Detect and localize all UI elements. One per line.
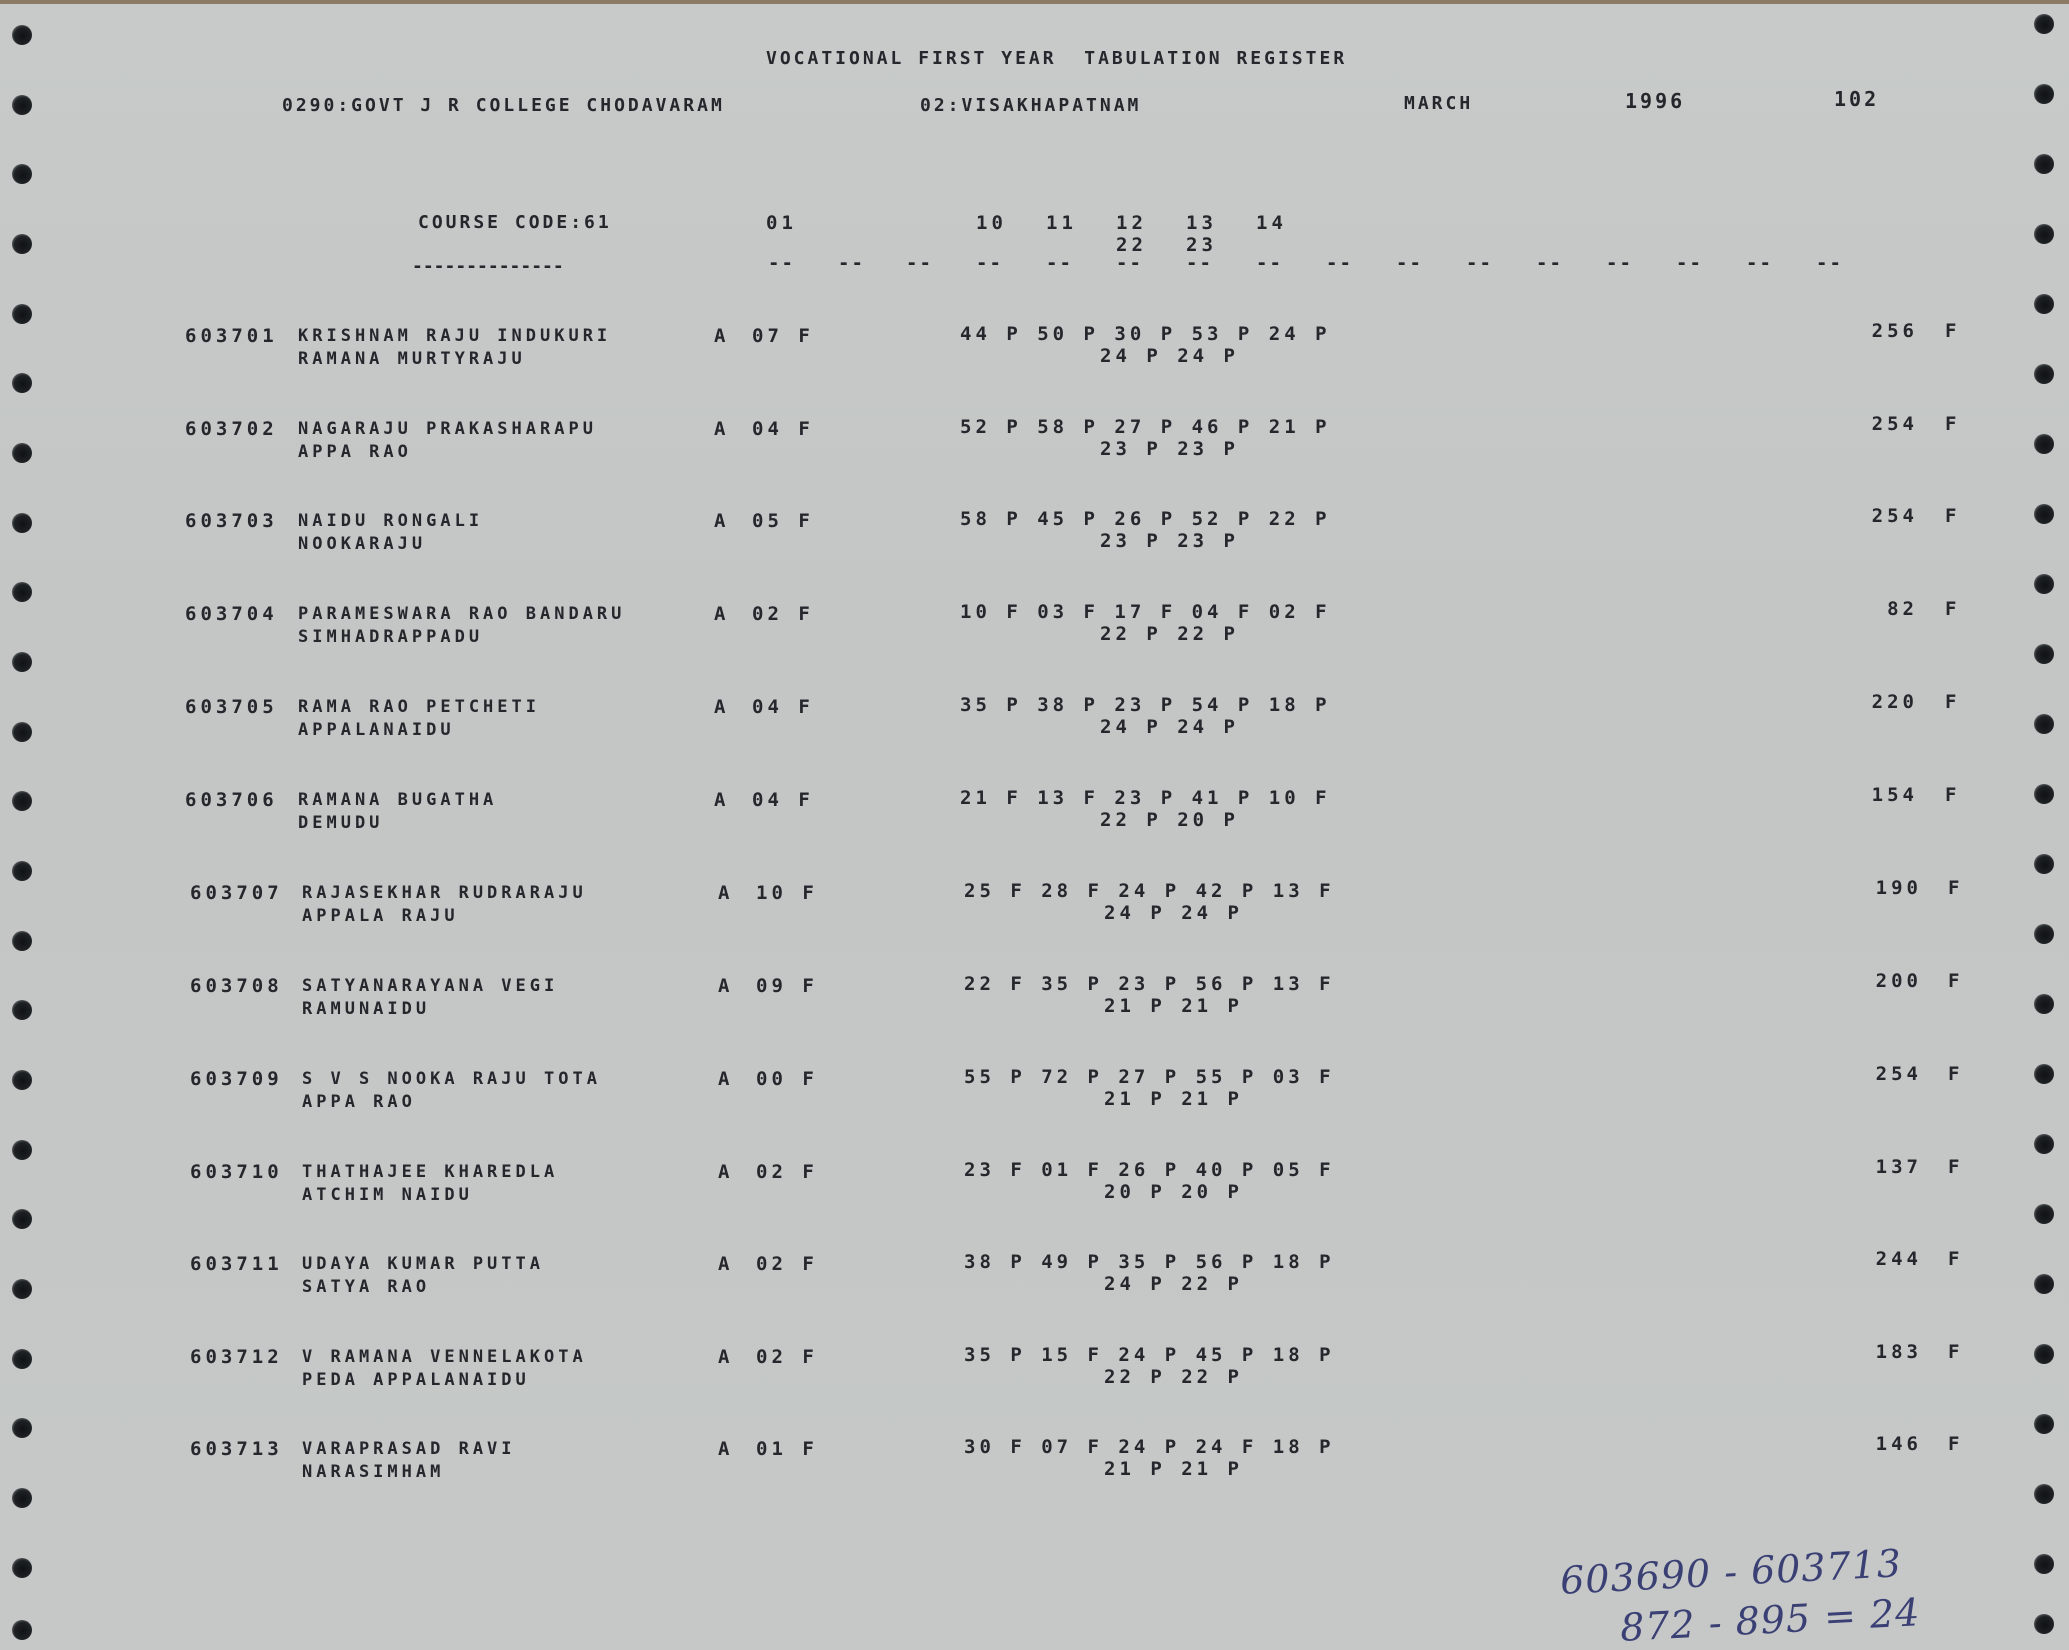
student-record: 603708 SATYANARAYANA VEGI RAMUNAIDU A 09… <box>0 975 2069 1035</box>
parent-name: NOOKARAJU <box>298 533 426 555</box>
attempt-flag: A <box>718 1253 733 1275</box>
student-name: PARAMESWARA RAO BANDARU <box>298 603 625 625</box>
subject-marks-line1: 52 P 58 P 27 P 46 P 21 P <box>960 416 1331 438</box>
feed-hole-icon <box>12 164 32 184</box>
result-status: F <box>1948 877 1963 899</box>
col-header-14: 14 <box>1256 212 1287 234</box>
subject-01-mark: 02 F <box>756 1346 818 1368</box>
roll-number: 603706 <box>185 789 278 811</box>
result-status: F <box>1945 784 1960 806</box>
subject-marks-line1: 35 P 15 F 24 P 45 P 18 P <box>964 1344 1335 1366</box>
subject-01-mark: 02 F <box>756 1161 818 1183</box>
roll-number: 603703 <box>185 510 278 532</box>
subject-01-mark: 09 F <box>756 975 818 997</box>
roll-number: 603701 <box>185 325 278 347</box>
feed-hole-icon <box>12 25 32 45</box>
student-name: NAIDU RONGALI <box>298 510 483 532</box>
subject-marks-line1: 10 F 03 F 17 F 04 F 02 F <box>960 601 1331 623</box>
result-status: F <box>1945 598 1960 620</box>
total-marks: 190 <box>1862 877 1922 899</box>
feed-hole-icon <box>12 304 32 324</box>
course-code-label: COURSE CODE:61 <box>418 212 612 234</box>
roll-number: 603702 <box>185 418 278 440</box>
roll-number: 603712 <box>190 1346 283 1368</box>
student-record: 603706 RAMANA BUGATHA DEMUDU A 04 F 21 F… <box>0 789 2069 849</box>
attempt-flag: A <box>718 1068 733 1090</box>
total-marks: 254 <box>1862 1063 1922 1085</box>
result-status: F <box>1948 1248 1963 1270</box>
attempt-flag: A <box>714 418 729 440</box>
total-marks: 183 <box>1862 1341 1922 1363</box>
result-status: F <box>1948 1156 1963 1178</box>
attempt-flag: A <box>714 325 729 347</box>
student-record: 603704 PARAMESWARA RAO BANDARU SIMHADRAP… <box>0 603 2069 663</box>
subject-marks-line1: 25 F 28 F 24 P 42 P 13 F <box>964 880 1335 902</box>
student-name: RAJASEKHAR RUDRARAJU <box>302 882 587 904</box>
district-name: 02:VISAKHAPATNAM <box>920 95 1141 117</box>
subject-marks-line2: 24 P 24 P <box>1100 716 1239 738</box>
feed-hole-icon <box>12 234 32 254</box>
parent-name: APPA RAO <box>298 441 412 463</box>
feed-hole-icon <box>2034 1414 2054 1434</box>
student-record: 603705 RAMA RAO PETCHETI APPALANAIDU A 0… <box>0 696 2069 756</box>
roll-number: 603713 <box>190 1438 283 1460</box>
register-title: VOCATIONAL FIRST YEAR TABULATION REGISTE… <box>766 48 1347 70</box>
subject-marks-line2: 22 P 22 P <box>1104 1366 1243 1388</box>
subject-01-mark: 04 F <box>752 696 814 718</box>
student-record: 603712 V RAMANA VENNELAKOTA PEDA APPALAN… <box>0 1346 2069 1406</box>
subject-marks-line2: 22 P 20 P <box>1100 809 1239 831</box>
attempt-flag: A <box>718 1346 733 1368</box>
subject-01-mark: 10 F <box>756 882 818 904</box>
student-name: SATYANARAYANA VEGI <box>302 975 558 997</box>
parent-name: PEDA APPALANAIDU <box>302 1369 530 1391</box>
subject-01-mark: 04 F <box>752 789 814 811</box>
total-marks: 82 <box>1858 598 1918 620</box>
roll-number: 603707 <box>190 882 283 904</box>
total-marks: 137 <box>1862 1156 1922 1178</box>
subject-marks-line1: 58 P 45 P 26 P 52 P 22 P <box>960 508 1331 530</box>
subject-marks-line1: 55 P 72 P 27 P 55 P 03 F <box>964 1066 1335 1088</box>
student-record: 603710 THATHAJEE KHAREDLA ATCHIM NAIDU A… <box>0 1161 2069 1221</box>
student-record: 603703 NAIDU RONGALI NOOKARAJU A 05 F 58… <box>0 510 2069 570</box>
result-status: F <box>1948 970 1963 992</box>
subject-01-mark: 00 F <box>756 1068 818 1090</box>
subject-01-mark: 02 F <box>752 603 814 625</box>
total-marks: 154 <box>1858 784 1918 806</box>
subject-01-mark: 05 F <box>752 510 814 532</box>
col-header-13: 13 <box>1186 212 1217 234</box>
student-name: V RAMANA VENNELAKOTA <box>302 1346 587 1368</box>
student-record: 603707 RAJASEKHAR RUDRARAJU APPALA RAJU … <box>0 882 2069 942</box>
student-record: 603702 NAGARAJU PRAKASHARAPU APPA RAO A … <box>0 418 2069 478</box>
roll-number: 603710 <box>190 1161 283 1183</box>
feed-hole-icon <box>2034 154 2054 174</box>
total-marks: 244 <box>1862 1248 1922 1270</box>
attempt-flag: A <box>718 975 733 997</box>
total-marks: 200 <box>1862 970 1922 992</box>
roll-number: 603711 <box>190 1253 283 1275</box>
subject-marks-line2: 21 P 21 P <box>1104 1458 1243 1480</box>
total-marks: 256 <box>1858 320 1918 342</box>
subject-marks-line1: 22 F 35 P 23 P 56 P 13 F <box>964 973 1335 995</box>
student-name: RAMANA BUGATHA <box>298 789 497 811</box>
student-name: NAGARAJU PRAKASHARAPU <box>298 418 597 440</box>
parent-name: APPA RAO <box>302 1091 416 1113</box>
roll-number: 603708 <box>190 975 283 997</box>
exam-month: MARCH <box>1404 93 1473 115</box>
feed-hole-icon <box>12 1140 32 1160</box>
attempt-flag: A <box>718 882 733 904</box>
student-name: RAMA RAO PETCHETI <box>298 696 540 718</box>
attempt-flag: A <box>714 603 729 625</box>
attempt-flag: A <box>718 1438 733 1460</box>
student-record: 603713 VARAPRASAD RAVI NARASIMHAM A 01 F… <box>0 1438 2069 1498</box>
attempt-flag: A <box>718 1161 733 1183</box>
subject-marks-line2: 22 P 22 P <box>1100 623 1239 645</box>
subject-marks-line1: 23 F 01 F 26 P 40 P 05 F <box>964 1159 1335 1181</box>
subject-marks-line2: 21 P 21 P <box>1104 1088 1243 1110</box>
subject-marks-line2: 23 P 23 P <box>1100 530 1239 552</box>
parent-name: RAMANA MURTYRAJU <box>298 348 526 370</box>
feed-hole-icon <box>2034 574 2054 594</box>
result-status: F <box>1945 413 1960 435</box>
subject-marks-line1: 38 P 49 P 35 P 56 P 18 P <box>964 1251 1335 1273</box>
subject-marks-line2: 21 P 21 P <box>1104 995 1243 1017</box>
feed-hole-icon <box>2034 14 2054 34</box>
total-marks: 254 <box>1858 505 1918 527</box>
subject-marks-line1: 44 P 50 P 30 P 53 P 24 P <box>960 323 1331 345</box>
student-name: VARAPRASAD RAVI <box>302 1438 516 1460</box>
college-name: 0290:GOVT J R COLLEGE CHODAVARAM <box>282 95 725 117</box>
subject-marks-line2: 24 P 24 P <box>1104 902 1243 924</box>
student-name: UDAYA KUMAR PUTTA <box>302 1253 544 1275</box>
roll-number: 603709 <box>190 1068 283 1090</box>
result-status: F <box>1945 505 1960 527</box>
attempt-flag: A <box>714 696 729 718</box>
parent-name: ATCHIM NAIDU <box>302 1184 473 1206</box>
total-marks: 146 <box>1862 1433 1922 1455</box>
feed-hole-icon <box>12 1558 32 1578</box>
parent-name: DEMUDU <box>298 812 383 834</box>
feed-hole-icon <box>2034 1554 2054 1574</box>
paper-top-edge <box>0 0 2069 4</box>
subject-01-mark: 02 F <box>756 1253 818 1275</box>
parent-name: NARASIMHAM <box>302 1461 444 1483</box>
col-header-10: 10 <box>976 212 1007 234</box>
subject-marks-line1: 30 F 07 F 24 P 24 F 18 P <box>964 1436 1335 1458</box>
subject-marks-line2: 20 P 20 P <box>1104 1181 1243 1203</box>
parent-name: SATYA RAO <box>302 1276 430 1298</box>
result-status: F <box>1948 1063 1963 1085</box>
col-header-01: 01 <box>766 212 797 234</box>
subject-marks-line1: 35 P 38 P 23 P 54 P 18 P <box>960 694 1331 716</box>
student-record: 603701 KRISHNAM RAJU INDUKURI RAMANA MUR… <box>0 325 2069 385</box>
parent-name: RAMUNAIDU <box>302 998 430 1020</box>
feed-hole-icon <box>2034 1134 2054 1154</box>
subject-marks-line2: 24 P 22 P <box>1104 1273 1243 1295</box>
feed-hole-icon <box>2034 854 2054 874</box>
page-number: 102 <box>1834 88 1879 110</box>
subject-01-mark: 04 F <box>752 418 814 440</box>
feed-hole-icon <box>12 582 32 602</box>
subject-01-mark: 07 F <box>752 325 814 347</box>
feed-hole-icon <box>12 861 32 881</box>
parent-name: SIMHADRAPPADU <box>298 626 483 648</box>
feed-hole-icon <box>12 1418 32 1438</box>
roll-number: 603705 <box>185 696 278 718</box>
student-name: S V S NOOKA RAJU TOTA <box>302 1068 601 1090</box>
student-name: KRISHNAM RAJU INDUKURI <box>298 325 611 347</box>
feed-hole-icon <box>12 1620 32 1640</box>
exam-year: 1996 <box>1625 90 1685 112</box>
feed-hole-icon <box>2034 294 2054 314</box>
col-header-11: 11 <box>1046 212 1077 234</box>
feed-hole-icon <box>2034 1614 2054 1634</box>
result-status: F <box>1948 1433 1963 1455</box>
roll-number: 603704 <box>185 603 278 625</box>
parent-name: APPALA RAJU <box>302 905 459 927</box>
subject-marks-line2: 23 P 23 P <box>1100 438 1239 460</box>
attempt-flag: A <box>714 789 729 811</box>
feed-hole-icon <box>2034 224 2054 244</box>
total-marks: 254 <box>1858 413 1918 435</box>
course-code-underline: -------------- <box>412 256 564 278</box>
parent-name: APPALANAIDU <box>298 719 455 741</box>
student-record: 603711 UDAYA KUMAR PUTTA SATYA RAO A 02 … <box>0 1253 2069 1313</box>
printout-sheet: VOCATIONAL FIRST YEAR TABULATION REGISTE… <box>0 0 2069 1650</box>
total-marks: 220 <box>1858 691 1918 713</box>
subject-marks-line2: 24 P 24 P <box>1100 345 1239 367</box>
handwritten-count: 872 - 895 = 24 <box>1619 1590 1921 1650</box>
student-record: 603709 S V S NOOKA RAJU TOTA APPA RAO A … <box>0 1068 2069 1128</box>
feed-hole-icon <box>12 95 32 115</box>
student-name: THATHAJEE KHAREDLA <box>302 1161 558 1183</box>
result-status: F <box>1948 1341 1963 1363</box>
result-status: F <box>1945 320 1960 342</box>
attempt-flag: A <box>714 510 729 532</box>
result-status: F <box>1945 691 1960 713</box>
subject-01-mark: 01 F <box>756 1438 818 1460</box>
feed-hole-icon <box>2034 84 2054 104</box>
subject-marks-line1: 21 F 13 F 23 P 41 P 10 F <box>960 787 1331 809</box>
col-header-12: 12 <box>1116 212 1147 234</box>
